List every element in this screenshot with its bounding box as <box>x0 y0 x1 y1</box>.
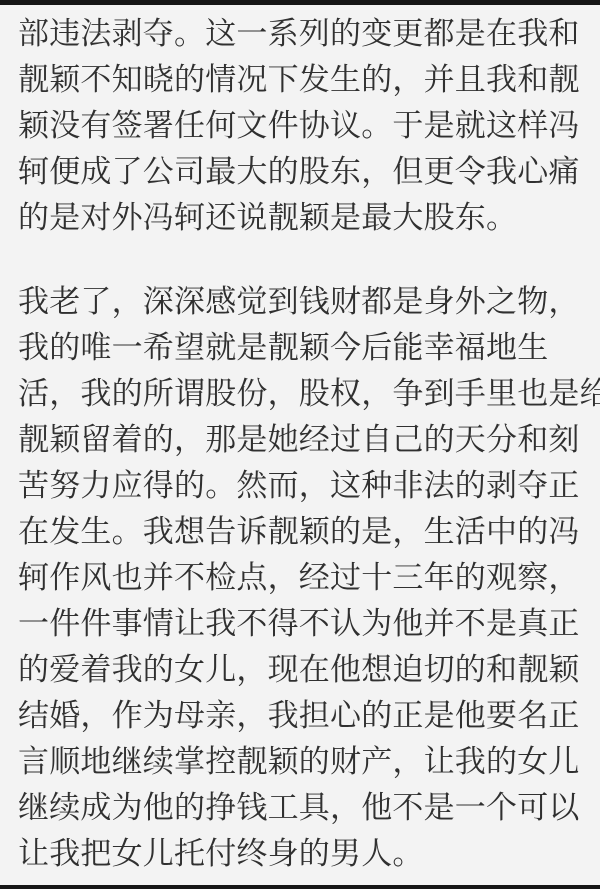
paragraph-2: 我老了，深深感觉到钱财都是身外之物， 我的唯一希望就是靓颖今后能幸福地生 活，我… <box>18 279 585 877</box>
text-line: 结婚，作为母亲，我担心的正是他要名正 <box>18 693 585 739</box>
text-line: 靓颖留着的，那是她经过自己的天分和刻 <box>18 417 585 463</box>
text-line: 在发生。我想告诉靓颖的是，生活中的冯 <box>18 509 585 555</box>
text-line: 部违法剥夺。这一系列的变更都是在我和 <box>18 11 585 57</box>
text-line: 的爱着我的女儿，现在他想迫切的和靓颖 <box>18 647 585 693</box>
text-line: 我老了，深深感觉到钱财都是身外之物， <box>18 279 585 325</box>
text-line: 靓颖不知晓的情况下发生的，并且我和靓 <box>18 57 585 103</box>
text-line: 轲便成了公司最大的股东，但更令我心痛 <box>18 149 585 195</box>
text-line: 让我把女儿托付终身的男人。 <box>18 831 585 877</box>
text-line: 一件件事情让我不得不认为他并不是真正 <box>18 601 585 647</box>
text-line: 继续成为他的挣钱工具，他不是一个可以 <box>18 785 585 831</box>
bottom-edge-bar <box>0 885 600 889</box>
text-line: 苦努力应得的。然而，这种非法的剥夺正 <box>18 463 585 509</box>
text-line: 活，我的所谓股份，股权，争到手里也是给 <box>18 371 585 417</box>
text-line: 我的唯一希望就是靓颖今后能幸福地生 <box>18 325 585 371</box>
text-line: 颖没有签署任何文件协议。于是就这样冯 <box>18 103 585 149</box>
text-line: 言顺地继续掌控靓颖的财产，让我的女儿 <box>18 739 585 785</box>
paragraph-1: 部违法剥夺。这一系列的变更都是在我和 靓颖不知晓的情况下发生的，并且我和靓 颖没… <box>18 11 585 241</box>
document-body: 部违法剥夺。这一系列的变更都是在我和 靓颖不知晓的情况下发生的，并且我和靓 颖没… <box>0 5 600 877</box>
text-line: 轲作风也并不检点，经过十三年的观察， <box>18 555 585 601</box>
text-line: 的是对外冯轲还说靓颖是最大股东。 <box>18 195 585 241</box>
